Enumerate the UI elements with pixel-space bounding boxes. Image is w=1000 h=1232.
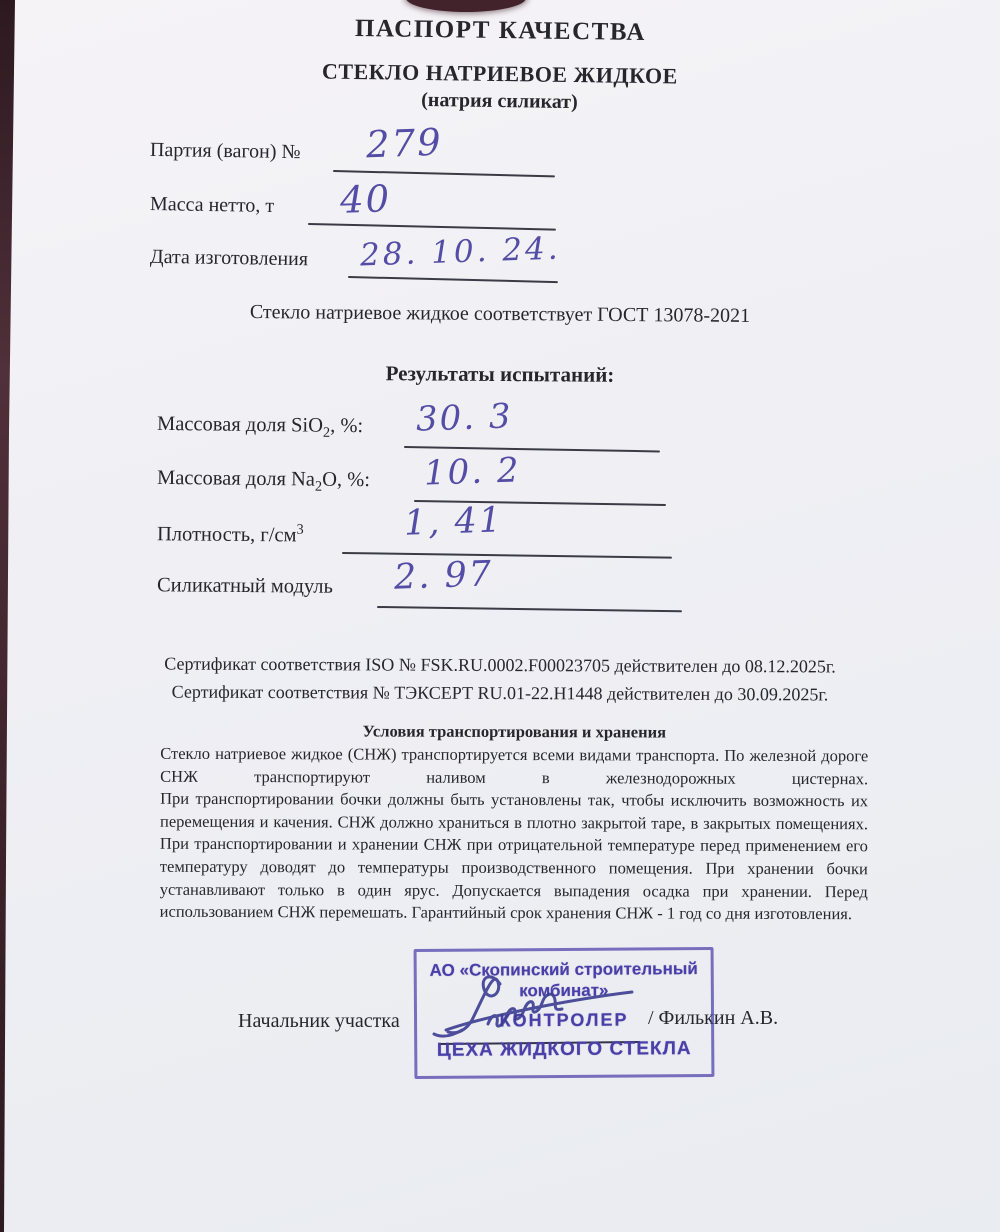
photo-background-top-blob	[406, 0, 526, 12]
result-value-sio2-handwritten: 30. 3	[415, 396, 513, 439]
gost-conformity-line: Стекло натриевое жидкое соответствует ГО…	[0, 299, 1000, 330]
transport-conditions-section: Условия транспортирования и хранения Сте…	[160, 721, 869, 926]
field-underline-manufacture-date	[348, 276, 558, 283]
field-label-batch: Партия (вагон) №	[150, 139, 301, 164]
certificates-block: Сертификат соответствия ISO № FSK.RU.000…	[0, 649, 1000, 709]
field-underline-batch	[333, 170, 555, 177]
result-label-na2o: Массовая доля Na2O, %:	[157, 467, 370, 496]
transport-conditions-heading: Условия транспортирования и хранения	[160, 721, 868, 743]
results-heading: Результаты испытаний:	[0, 359, 1000, 391]
transport-conditions-paragraph-1: Стекло натриевое жидкое (СНЖ) транспорти…	[160, 743, 868, 791]
transport-conditions-paragraph-2: При транспортировании бочки должны быть …	[160, 788, 868, 926]
field-underline-net-mass	[308, 223, 556, 231]
result-label-density: Плотность, г/см3	[157, 520, 304, 547]
certificate-line-teksert: Сертификат соответствия № ТЭКСЕРТ RU.01-…	[0, 677, 1000, 709]
result-label-sio2: Массовая доля SiO2, %:	[157, 413, 363, 442]
document-header: ПАСПОРТ КАЧЕСТВА СТЕКЛО НАТРИЕВОЕ ЖИДКОЕ…	[0, 10, 1000, 120]
result-underline-sio2	[404, 446, 660, 452]
result-underline-silicate-modulus	[377, 606, 682, 612]
result-value-na2o-handwritten: 10. 2	[423, 450, 521, 493]
result-value-silicate-modulus-handwritten: 2. 97	[393, 554, 493, 597]
handwritten-signature	[422, 962, 662, 1054]
document-title: ПАСПОРТ КАЧЕСТВА	[0, 10, 1000, 52]
result-value-density-handwritten: 1, 41	[403, 500, 503, 543]
result-label-silicate-modulus: Силикатный модуль	[157, 574, 333, 599]
field-label-manufacture-date: Дата изготовления	[150, 246, 308, 271]
photo-background-left-edge	[0, 0, 18, 1232]
field-value-net-mass-handwritten: 40	[339, 177, 392, 222]
certificate-line-iso: Сертификат соответствия ISO № FSK.RU.000…	[0, 649, 1000, 681]
field-label-net-mass: Масса нетто, т	[150, 193, 274, 218]
quality-passport-document: ПАСПОРТ КАЧЕСТВА СТЕКЛО НАТРИЕВОЕ ЖИДКОЕ…	[0, 0, 1000, 1232]
field-value-batch-handwritten: 279	[365, 121, 443, 167]
result-underline-density	[342, 552, 672, 559]
signoff-label: Начальник участка	[238, 1010, 400, 1033]
field-value-manufacture-date-handwritten: 28. 10. 24.	[359, 231, 561, 274]
